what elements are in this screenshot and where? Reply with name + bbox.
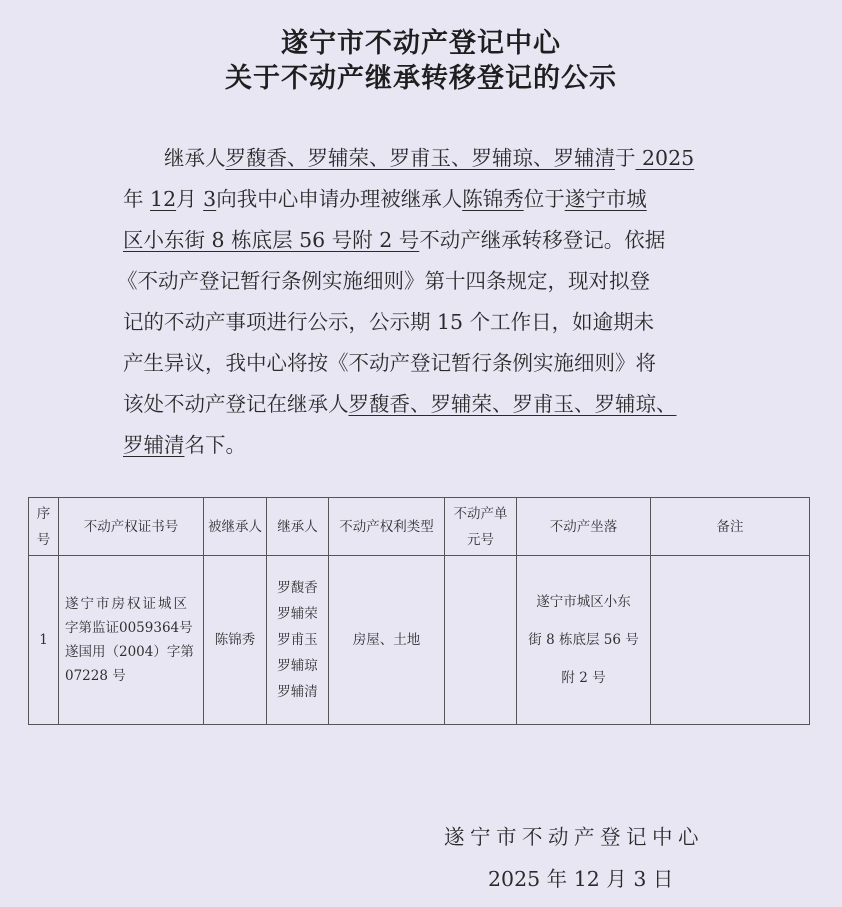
decedent-name: 陈锦秀	[462, 187, 524, 211]
header-remarks: 备注	[651, 498, 810, 556]
header-seq: 序 号	[29, 498, 59, 556]
heir-name-last: 罗辅清	[123, 433, 185, 457]
cell-seq: 1	[29, 556, 59, 725]
property-address-part1: 遂宁市城	[565, 187, 647, 211]
header-location: 不动产坐落	[517, 498, 651, 556]
header-right-type: 不动产权利类型	[329, 498, 445, 556]
body-line-5: 记的不动产事项进行公示，公示期 15 个工作日，如逾期未	[123, 302, 654, 343]
heir-names: 罗馥香、罗辅荣、罗甫玉、罗辅琼、罗辅清	[226, 146, 616, 170]
cell-right-type: 房屋、土地	[329, 556, 445, 725]
cell-location: 遂宁市城区小东 街 8 栋底层 56 号 附 2 号	[517, 556, 651, 725]
signature-organization: 遂宁市不动产登记中心	[444, 820, 704, 850]
body-line-6: 产生异议，我中心将按《不动产登记暂行条例实施细则》将	[123, 343, 656, 384]
body-line-3: 区小东街 8 栋底层 56 号附 2 号不动产继承转移登记。依据	[123, 220, 665, 261]
cell-remarks	[651, 556, 810, 725]
application-year: 2025	[636, 146, 695, 170]
body-line-4: 《不动产登记暂行条例实施细则》第十四条规定，现对拟登	[117, 261, 650, 302]
header-unit-no: 不动产单 元号	[445, 498, 517, 556]
property-address-part2: 区小东街 8 栋底层 56 号附 2 号	[123, 228, 419, 252]
cell-unit-no	[445, 556, 517, 725]
signature-date: 2025 年 12 月 3 日	[488, 862, 673, 892]
table-header-row: 序 号 不动产权证书号 被继承人 继承人 不动产权利类型 不动产单 元号 不动产…	[29, 498, 810, 556]
cell-cert-no: 遂宁市房权证城区 字第监证0059364号 遂国用（2004）字第 07228 …	[59, 556, 204, 725]
body-line-7: 该处不动产登记在继承人罗馥香、罗辅荣、罗甫玉、罗辅琼、	[123, 384, 677, 425]
notice-body: 继承人罗馥香、罗辅荣、罗甫玉、罗辅琼、罗辅清于 2025 年 12月 3向我中心…	[123, 138, 718, 468]
heir-names-repeat: 罗馥香、罗辅荣、罗甫玉、罗辅琼、	[349, 392, 677, 416]
body-line-8: 罗辅清名下。	[123, 425, 246, 466]
cell-decedent: 陈锦秀	[204, 556, 267, 725]
body-line-1: 继承人罗馥香、罗辅荣、罗甫玉、罗辅琼、罗辅清于 2025	[164, 138, 694, 179]
cell-heirs: 罗馥香 罗辅荣 罗甫玉 罗辅琼 罗辅清	[267, 556, 329, 725]
application-month: 12	[150, 187, 176, 211]
application-day: 3	[203, 187, 216, 211]
header-decedent: 被继承人	[204, 498, 267, 556]
notice-title-line2: 关于不动产继承转移登记的公示	[0, 65, 842, 92]
table-row: 1 遂宁市房权证城区 字第监证0059364号 遂国用（2004）字第 0722…	[29, 556, 810, 725]
header-cert-no: 不动产权证书号	[59, 498, 204, 556]
header-heir: 继承人	[267, 498, 329, 556]
property-table: 序 号 不动产权证书号 被继承人 继承人 不动产权利类型 不动产单 元号 不动产…	[28, 497, 810, 725]
body-line-2: 年 12月 3向我中心申请办理被继承人陈锦秀位于遂宁市城	[123, 179, 647, 220]
notice-title-line1: 遂宁市不动产登记中心	[0, 30, 842, 57]
